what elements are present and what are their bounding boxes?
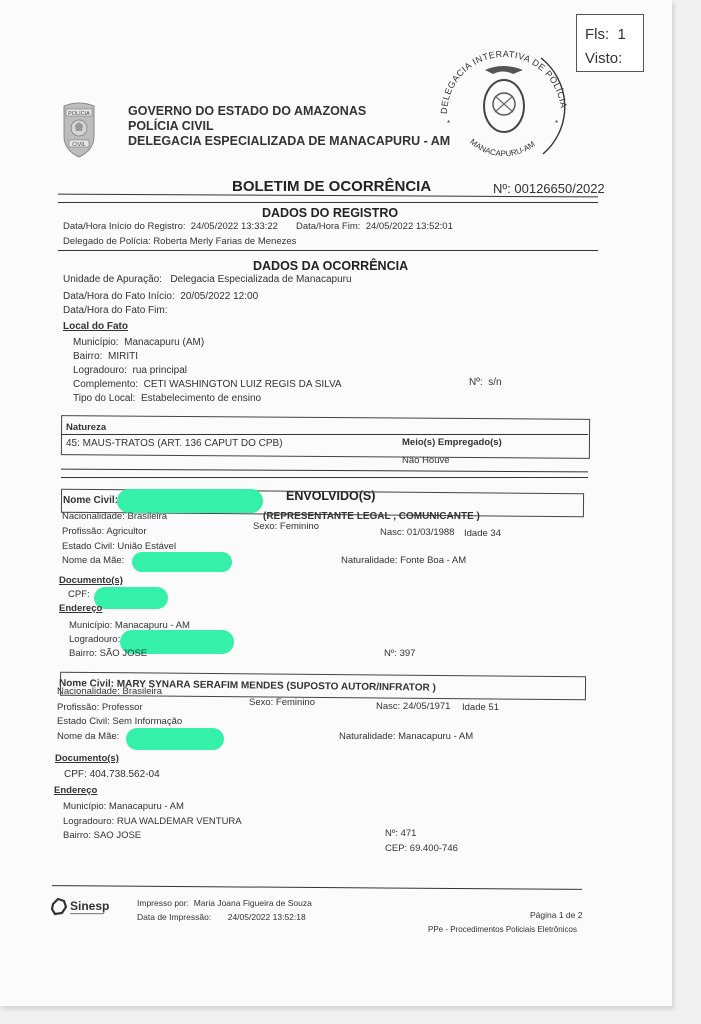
local-tipo: Tipo do Local: Estabelecimento de ensino <box>73 393 261 404</box>
system-name: PPe - Procedimentos Policiais Eletrônico… <box>428 925 577 934</box>
person-2-documentos-heading: Documento(s) <box>55 753 119 764</box>
person-2-idade: Idade 51 <box>462 702 499 713</box>
person-2-naturalidade: Naturalidade: Manacapuru - AM <box>339 731 473 742</box>
meio-empregado-value: Não Houve <box>402 455 450 466</box>
meio-empregado-heading: Meio(s) Empregado(s) <box>402 437 502 448</box>
svg-text:MANACAPURU-AM: MANACAPURU-AM <box>468 137 537 158</box>
redaction-mark <box>132 552 232 572</box>
divider <box>61 469 588 473</box>
person-1-numero: Nº: 397 <box>384 648 415 659</box>
document-page: Fls: 1 Visto: POLÍCIA CIVIL GOVERNO DO E… <box>0 0 672 1006</box>
document-number: Nº: 00126650/2022 <box>493 181 605 196</box>
person-2-nasc: Nasc: 24/05/1971 <box>376 701 450 712</box>
redaction-mark <box>126 728 224 750</box>
local-logradouro: Logradouro: rua principal <box>73 365 187 376</box>
header-police: POLÍCIA CIVIL <box>128 119 214 133</box>
person-1-documentos-heading: Documento(s) <box>59 575 123 586</box>
local-do-fato-heading: Local do Fato <box>63 321 128 332</box>
person-1-bairro: Bairro: SÃO JOSE <box>69 648 147 659</box>
person-1-endereco-heading: Endereço <box>59 603 102 614</box>
person-2-nacionalidade: Nacionalidade: Brasileira <box>57 686 162 697</box>
person-1-sexo: Sexo: Feminino <box>253 521 319 532</box>
divider <box>58 202 598 203</box>
official-stamp-icon: DELEGACIA INTERATIVA DE POLÍCIA CIVIL MA… <box>433 36 575 164</box>
person-2-estado-civil: Estado Civil: Sem Informação <box>57 716 182 727</box>
person-1-mae-label: Nome da Mãe: <box>62 555 124 566</box>
natureza-box <box>61 415 590 459</box>
document-number-value: 00126650/2022 <box>514 181 604 196</box>
person-2-cpf: CPF: 404.738.562-04 <box>64 769 160 780</box>
data-impressao: Data de Impressão: 24/05/2022 13:52:18 <box>137 912 306 922</box>
person-2-mae-label: Nome da Mãe: <box>57 731 119 742</box>
person-1-profissao: Profissão: Agricultor <box>62 526 146 537</box>
fato-inicio: Data/Hora do Fato Início: 20/05/2022 12:… <box>63 291 258 302</box>
redaction-mark <box>94 587 168 609</box>
local-numero: Nº: s/n <box>469 377 502 388</box>
person-2-municipio: Município: Manacapuru - AM <box>63 801 184 812</box>
header-government: GOVERNO DO ESTADO DO AMAZONAS <box>128 104 366 118</box>
divider <box>61 434 588 435</box>
person-2-profissao: Profissão: Professor <box>57 702 143 713</box>
person-1-estado-civil: Estado Civil: União Estável <box>62 541 176 552</box>
svg-text:*: * <box>555 119 558 128</box>
person-1-nacionalidade: Nacionalidade: Brasileira <box>62 511 167 522</box>
unidade-apuracao: Unidade de Apuração: Delegacia Especiali… <box>63 274 352 285</box>
section-dados-ocorrencia: DADOS DA OCORRÊNCIA <box>253 259 408 273</box>
person-1-cpf: CPF: <box>68 589 90 600</box>
divider <box>61 477 588 478</box>
svg-text:POLÍCIA: POLÍCIA <box>68 110 90 117</box>
fls-label: Fls: <box>585 26 609 43</box>
person-1-nasc: Nasc: 01/03/1988 <box>380 527 454 538</box>
person-2-endereco-heading: Endereço <box>54 785 97 796</box>
person-2-sexo: Sexo: Feminino <box>249 697 315 708</box>
person-2-logradouro: Logradouro: RUA WALDEMAR VENTURA <box>63 816 242 827</box>
fls-value: 1 <box>618 26 626 43</box>
person-2-bairro: Bairro: SAO JOSE <box>63 830 141 841</box>
svg-text:DELEGACIA INTERATIVA DE POLÍCI: DELEGACIA INTERATIVA DE POLÍCIA CIVIL <box>433 36 569 114</box>
divider <box>58 250 598 251</box>
header-delegacia: DELEGACIA ESPECIALIZADA DE MANACAPURU - … <box>128 134 450 148</box>
page-number: Página 1 de 2 <box>530 910 582 920</box>
document-number-label: Nº: <box>493 181 511 196</box>
person-1-naturalidade: Naturalidade: Fonte Boa - AM <box>341 555 466 566</box>
footer-divider <box>52 885 582 890</box>
natureza-heading: Natureza <box>66 422 106 433</box>
fato-fim: Data/Hora do Fato Fim: <box>63 305 167 316</box>
person-1-logradouro: Logradouro: <box>69 634 120 645</box>
registro-fim: Data/Hora Fim: 24/05/2022 13:52:01 <box>296 221 453 232</box>
person-1-idade: Idade 34 <box>464 528 501 539</box>
police-badge-icon: POLÍCIA CIVIL <box>60 100 98 158</box>
impresso-por: Impresso por: Maria Joana Figueira de So… <box>137 898 312 908</box>
svg-text:Sinesp: Sinesp <box>70 899 109 913</box>
svg-text:CIVIL: CIVIL <box>72 142 86 148</box>
local-bairro: Bairro: MIRITI <box>73 351 138 362</box>
person-2-cep: CEP: 69.400-746 <box>385 843 458 854</box>
registro-inicio: Data/Hora Início do Registro: 24/05/2022… <box>63 221 278 232</box>
section-dados-registro: DADOS DO REGISTRO <box>262 206 398 220</box>
redaction-mark <box>117 489 263 513</box>
delegado: Delegado de Polícia: Roberta Merly Faria… <box>63 236 296 247</box>
person-2-numero: Nº: 471 <box>385 828 416 839</box>
local-municipio: Município: Manacapuru (AM) <box>73 337 204 348</box>
visto-label: Visto: <box>585 47 643 71</box>
document-title: BOLETIM DE OCORRÊNCIA <box>232 178 431 195</box>
folio-box: Fls: 1 Visto: <box>576 14 644 72</box>
person-1-nome-label: Nome Civil: <box>63 495 118 506</box>
svg-text:*: * <box>447 119 450 128</box>
local-complemento: Complemento: CETI WASHINGTON LUIZ REGIS … <box>73 379 342 390</box>
sinesp-logo-icon: Sinesp <box>50 896 122 918</box>
natureza-value: 45: MAUS-TRATOS (ART. 136 CAPUT DO CPB) <box>66 438 283 449</box>
